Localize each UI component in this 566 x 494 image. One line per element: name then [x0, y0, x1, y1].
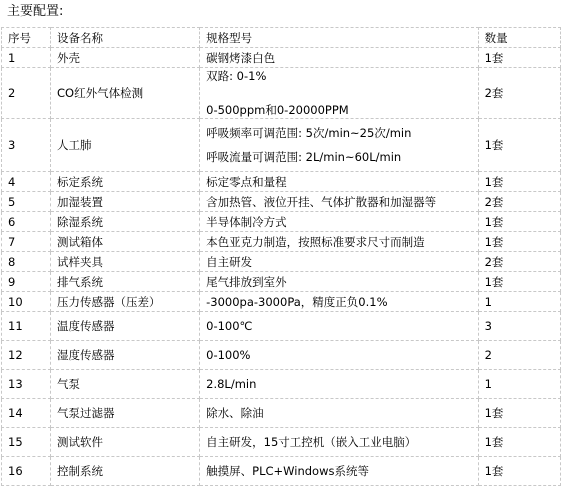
cell-name: 压力传感器（压差） — [51, 292, 200, 312]
cell-no: 15 — [2, 428, 51, 457]
table-row: 8 试样夹具 自主研发 2套 — [2, 252, 561, 272]
table-row: 15 测试软件 自主研发，15寸工控机（嵌入工业电脑） 1套 — [2, 428, 561, 457]
cell-name: 气泵过滤器 — [51, 399, 200, 428]
cell-qty: 1套 — [478, 212, 560, 232]
table-row: 7 测试箱体 本色亚克力制造，按照标准要求尺寸而制造 1套 — [2, 232, 561, 252]
cell-no: 7 — [2, 232, 51, 252]
table-row: 12 湿度传感器 0-100% 2 — [2, 341, 561, 370]
cell-name: 人工肺 — [51, 119, 200, 172]
cell-qty: 1套 — [478, 119, 560, 172]
cell-no: 12 — [2, 341, 51, 370]
cell-qty: 1套 — [478, 428, 560, 457]
cell-name: 控制系统 — [51, 457, 200, 486]
cell-spec: 自主研发，15寸工控机（嵌入工业电脑） — [200, 428, 478, 457]
table-row: 10 压力传感器（压差） -3000pa-3000Pa，精度正负0.1% 1 — [2, 292, 561, 312]
cell-spec: 半导体制冷方式 — [200, 212, 478, 232]
table-header-row: 序号 设备名称 规格型号 数量 — [2, 28, 561, 48]
cell-qty: 1套 — [478, 457, 560, 486]
cell-no: 13 — [2, 370, 51, 399]
cell-spec: 触摸屏、PLC+Windows系统等 — [200, 457, 478, 486]
cell-spec: 2.8L/min — [200, 370, 478, 399]
cell-spec: 呼吸频率可调范围: 5次/min~25次/min 呼吸流量可调范围: 2L/mi… — [200, 119, 478, 172]
cell-spec: 双路: 0-1% 0-500ppm和0-20000PPM — [200, 68, 478, 119]
cell-no: 16 — [2, 457, 51, 486]
cell-name: 外壳 — [51, 48, 200, 68]
cell-spec: 标定零点和量程 — [200, 172, 478, 192]
cell-name: 测试软件 — [51, 428, 200, 457]
header-name: 设备名称 — [51, 28, 200, 48]
cell-no: 9 — [2, 272, 51, 292]
cell-name: 温度传感器 — [51, 312, 200, 341]
cell-no: 3 — [2, 119, 51, 172]
cell-name: 气泵 — [51, 370, 200, 399]
cell-spec: 含加热管、液位开挂、气体扩散器和加湿器等 — [200, 192, 478, 212]
cell-qty: 2套 — [478, 68, 560, 119]
cell-name: 排气系统 — [51, 272, 200, 292]
cell-spec: -3000pa-3000Pa，精度正负0.1% — [200, 292, 478, 312]
cell-name: 试样夹具 — [51, 252, 200, 272]
cell-spec: 尾气排放到室外 — [200, 272, 478, 292]
cell-qty: 2套 — [478, 252, 560, 272]
spec-line: 呼吸流量可调范围: 2L/min~60L/min — [206, 149, 477, 165]
cell-name: 标定系统 — [51, 172, 200, 192]
table-row: 13 气泵 2.8L/min 1 — [2, 370, 561, 399]
cell-no: 1 — [2, 48, 51, 68]
header-qty: 数量 — [478, 28, 560, 48]
cell-no: 5 — [2, 192, 51, 212]
spec-line: 双路: 0-1% — [206, 68, 477, 84]
cell-qty: 3 — [478, 312, 560, 341]
header-no: 序号 — [2, 28, 51, 48]
cell-no: 8 — [2, 252, 51, 272]
cell-name: 除湿系统 — [51, 212, 200, 232]
table-row: 1 外壳 碳钢烤漆白色 1套 — [2, 48, 561, 68]
cell-no: 14 — [2, 399, 51, 428]
cell-qty: 2套 — [478, 192, 560, 212]
cell-name: CO红外气体检测 — [51, 68, 200, 119]
cell-no: 6 — [2, 212, 51, 232]
table-row: 9 排气系统 尾气排放到室外 1套 — [2, 272, 561, 292]
cell-qty: 1套 — [478, 272, 560, 292]
table-row: 3 人工肺 呼吸频率可调范围: 5次/min~25次/min 呼吸流量可调范围:… — [2, 119, 561, 172]
cell-no: 2 — [2, 68, 51, 119]
cell-spec: 本色亚克力制造，按照标准要求尺寸而制造 — [200, 232, 478, 252]
cell-qty: 1套 — [478, 232, 560, 252]
cell-no: 4 — [2, 172, 51, 192]
cell-no: 10 — [2, 292, 51, 312]
cell-qty: 1套 — [478, 172, 560, 192]
table-row: 4 标定系统 标定零点和量程 1套 — [2, 172, 561, 192]
header-spec: 规格型号 — [200, 28, 478, 48]
spec-line: 0-500ppm和0-20000PPM — [206, 102, 477, 118]
spec-gap — [206, 141, 477, 149]
table-row: 14 气泵过滤器 除水、除油 1套 — [2, 399, 561, 428]
cell-spec: 0-100% — [200, 341, 478, 370]
configuration-table: 序号 设备名称 规格型号 数量 1 外壳 碳钢烤漆白色 1套 2 CO红外气体检… — [1, 27, 561, 486]
cell-spec: 0-100℃ — [200, 312, 478, 341]
table-row: 6 除湿系统 半导体制冷方式 1套 — [2, 212, 561, 232]
table-row: 11 温度传感器 0-100℃ 3 — [2, 312, 561, 341]
cell-no: 11 — [2, 312, 51, 341]
section-title: 主要配置: — [7, 4, 63, 20]
cell-qty: 2 — [478, 341, 560, 370]
table-row: 2 CO红外气体检测 双路: 0-1% 0-500ppm和0-20000PPM … — [2, 68, 561, 119]
cell-spec: 碳钢烤漆白色 — [200, 48, 478, 68]
table-row: 5 加湿装置 含加热管、液位开挂、气体扩散器和加湿器等 2套 — [2, 192, 561, 212]
cell-qty: 1 — [478, 292, 560, 312]
cell-qty: 1套 — [478, 399, 560, 428]
cell-qty: 1 — [478, 370, 560, 399]
cell-spec: 自主研发 — [200, 252, 478, 272]
spec-line: 呼吸频率可调范围: 5次/min~25次/min — [206, 125, 477, 141]
spec-gap — [206, 84, 477, 102]
cell-spec: 除水、除油 — [200, 399, 478, 428]
cell-name: 加湿装置 — [51, 192, 200, 212]
cell-name: 测试箱体 — [51, 232, 200, 252]
table-row: 16 控制系统 触摸屏、PLC+Windows系统等 1套 — [2, 457, 561, 486]
cell-name: 湿度传感器 — [51, 341, 200, 370]
cell-qty: 1套 — [478, 48, 560, 68]
